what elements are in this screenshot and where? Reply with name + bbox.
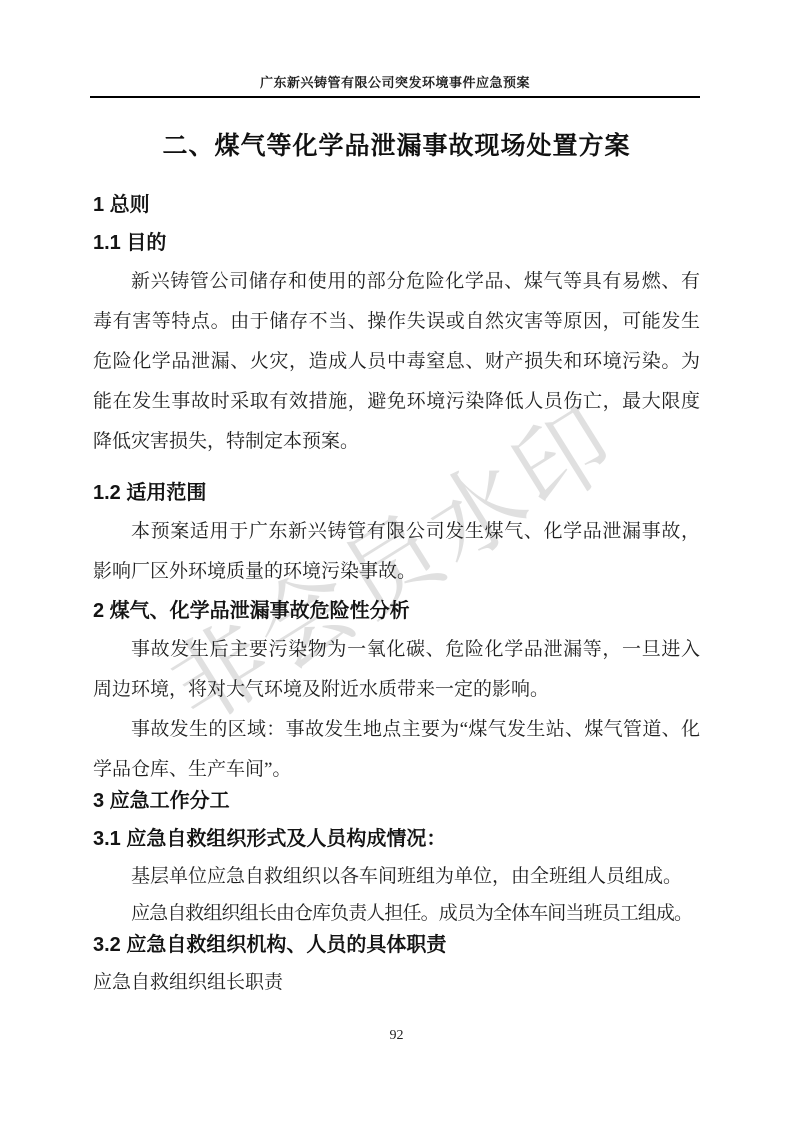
paragraph-org-units: 基层单位应急自救组织以各车间班组为单位，由全班组人员组成。: [93, 858, 700, 895]
page-title: 二、煤气等化学品泄漏事故现场处置方案: [0, 126, 793, 162]
section-heading-1-1: 1.1 目的: [93, 224, 700, 262]
page-header: 广东新兴铸管有限公司突发环境事件应急预案: [90, 72, 700, 98]
section-heading-1-2: 1.2 适用范围: [93, 474, 700, 512]
paragraph-leader-duty: 应急自救组织组长职责: [93, 964, 700, 1001]
section-heading-3: 3 应急工作分工: [93, 782, 700, 820]
paragraph-areas: 事故发生的区域：事故发生地点主要为“煤气发生站、煤气管道、化学品仓库、生产车间”…: [93, 710, 700, 790]
document-body: 1 总则 1.1 目的 新兴铸管公司储存和使用的部分危险化学品、煤气等具有易燃、…: [93, 186, 700, 1001]
paragraph-pollutants: 事故发生后主要污染物为一氧化碳、危险化学品泄漏等，一旦进入周边环境，将对大气环境…: [93, 630, 700, 710]
paragraph-scope: 本预案适用于广东新兴铸管有限公司发生煤气、化学品泄漏事故，影响厂区外环境质量的环…: [93, 512, 700, 592]
section-heading-1: 1 总则: [93, 186, 700, 224]
document-page: 非会员水印 广东新兴铸管有限公司突发环境事件应急预案 二、煤气等化学品泄漏事故现…: [0, 0, 793, 1122]
section-heading-3-1: 3.1 应急自救组织形式及人员构成情况：: [93, 820, 700, 858]
paragraph-purpose: 新兴铸管公司储存和使用的部分危险化学品、煤气等具有易燃、有毒有害等特点。由于储存…: [93, 262, 700, 462]
section-heading-2: 2 煤气、化学品泄漏事故危险性分析: [93, 592, 700, 630]
page-number: 92: [0, 1028, 793, 1044]
